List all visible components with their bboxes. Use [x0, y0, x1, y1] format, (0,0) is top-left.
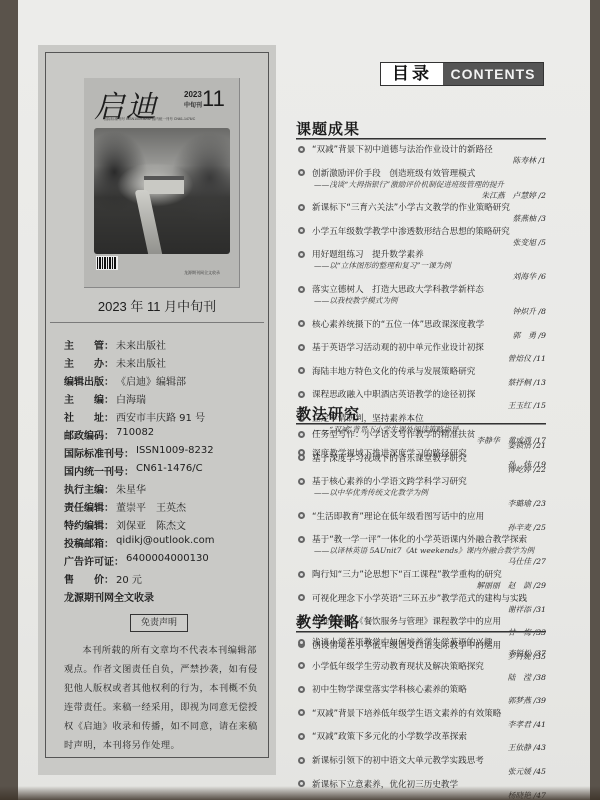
circle-bullet-icon: [298, 709, 305, 716]
masthead-info-row: 国内统一刊号：CN61-1476/C: [64, 463, 264, 481]
circle-bullet-icon: [298, 571, 305, 578]
circle-bullet-icon: [298, 146, 305, 153]
toc-entry[interactable]: 基于深度学习视域下的音乐课堂教学研究傅屹婷 /22: [298, 452, 546, 475]
toc-entry-subtitle: ——浅谈“大拇指银行”激励评价机制促进班级管理的提升: [314, 179, 546, 190]
info-key: 投稿邮箱：: [64, 535, 114, 553]
toc-entry[interactable]: “双减”政策下多元化的小学数学改革探索王依静 /43: [298, 730, 546, 753]
info-key: 主 办：: [64, 355, 114, 373]
toc-entry-author-page: 张元媛 /45: [298, 766, 546, 777]
toc-entry-title: 新课标下“三育六关法”小学古文教学的作业策略研究: [312, 201, 510, 213]
toc-entry[interactable]: 核心素养统摄下的“五位一体”思政课深度教学郭 勇 /9: [298, 318, 546, 341]
section-rule: [296, 631, 546, 633]
toc-entry-title: 海陆丰地方特色文化的传承与发展策略研究: [312, 365, 475, 377]
toc-entry-author-page: 陆 滢 /38: [298, 672, 546, 683]
toc-entry-author-page: 朱江燕 卢慧婷 /2: [298, 190, 546, 201]
toc-entry[interactable]: 小学五年级数学教学中渗透数形结合思想的策略研究张变旭 /5: [298, 225, 546, 248]
cover-painting-image: [94, 128, 230, 254]
info-key: 邮政编码：: [64, 427, 114, 445]
circle-bullet-icon: [298, 639, 305, 646]
toc-entry-title: 基于英语学习活动观的初中单元作业设计初探: [312, 341, 484, 353]
toc-entry-author-page: 陈寿林 /1: [298, 155, 546, 166]
toc-entry-title-row: 可视化理念下小学英语“三环五步”教学范式的建构与实践: [298, 592, 546, 604]
toc-entry[interactable]: 用好题组练习 提升数学素养——以“立体图形的整理和复习”一课为例刘海华 /6: [298, 248, 546, 282]
toc-entry-title: 新课标引领下的初中语文大单元教学实践思考: [312, 754, 484, 766]
disclaimer-text: 本刊所载的所有文章均不代表本刊编辑部观点。作者文图责任自负，严禁抄袭，如有侵犯他…: [64, 641, 260, 755]
toc-entry-title-row: 小学五年级数学教学中渗透数形结合思想的策略研究: [298, 225, 546, 237]
info-key: 国内统一刊号：: [64, 463, 134, 481]
circle-bullet-icon: [298, 454, 305, 461]
info-key: 执行主编：: [64, 481, 114, 499]
toc-entry-author-page: 解丽丽 赵 訓 /29: [298, 580, 546, 591]
toc-entry-title: 课程思政融入中职酒店英语教学的途径初探: [312, 388, 475, 400]
info-value: 刘保亚 陈杰文: [116, 517, 186, 535]
toc-entry-title-row: “双减”背景下初中道德与法治作业设计的新路径: [298, 143, 546, 155]
toc-entry-author-page: 张变旭 /5: [298, 237, 546, 248]
toc-entry-title-row: 浅谈小学英语教学中如何培养学生学英语的兴趣: [298, 636, 546, 648]
section-rule: [296, 138, 546, 140]
toc-entry-title: 初中生物学课堂落实学科核心素养的策略: [312, 683, 467, 695]
circle-bullet-icon: [298, 391, 305, 398]
circle-bullet-icon: [298, 478, 305, 485]
toc-entry-title-row: 任务型写作：小学语文写作教学的精准扶贫: [298, 428, 546, 440]
toc-entry-title-row: 海陆丰地方特色文化的传承与发展策略研究: [298, 365, 546, 377]
toc-entry-author-page: 姜锁怡 /21: [298, 440, 546, 451]
info-value: 未来出版社: [116, 355, 166, 373]
circle-bullet-icon: [298, 251, 305, 258]
cover-year: 2023: [184, 90, 202, 99]
divider: [50, 322, 264, 323]
masthead-info-row: 投稿邮箱：qidikj@outlook.com: [64, 535, 264, 553]
masthead-info-row: 国际标准刊号：ISSN1009-8232: [64, 445, 264, 463]
masthead-info-row: 执行主编：朱星华: [64, 481, 264, 499]
magazine-cover: 启迪 2023 中旬刊 11 国际标准刊号 ISSN1009-8232 国内统一…: [84, 78, 240, 288]
toc-entry-title: 任务型写作：小学语文写作教学的精准扶贫: [312, 428, 475, 440]
toc-entry-title: 小学低年级学生劳动教育现状及解决策略探究: [312, 660, 484, 672]
info-key: 售 价：: [64, 571, 114, 589]
toc-entry[interactable]: 创新激励评价手段 创造班级有效管理模式——浅谈“大拇指银行”激励评价机制促进班级…: [298, 167, 546, 201]
circle-bullet-icon: [298, 227, 305, 234]
toc-section-title: 课题成果: [296, 118, 360, 139]
path-shape: [135, 190, 164, 254]
circle-bullet-icon: [298, 344, 305, 351]
info-key: 主 管：: [64, 337, 114, 355]
info-value: 710082: [116, 427, 154, 445]
toc-entry-subtitle: ——以我校教学模式为例: [314, 295, 546, 306]
toc-entry[interactable]: 基于核心素养的小学语文跨学科学习研究——以中华优秀传统文化教学为例李璐瑜 /23: [298, 475, 546, 509]
toc-entry-title: 用好题组练习 提升数学素养: [312, 248, 424, 260]
info-key: 国际标准刊号：: [64, 445, 134, 463]
toc-entry[interactable]: 基于“教一学一评”一体化的小学英语课内外融合教学探索——以译林英语 5AUnit…: [298, 533, 546, 567]
circle-bullet-icon: [298, 286, 305, 293]
toc-entry-title-row: 基于核心素养的小学语文跨学科学习研究: [298, 475, 546, 487]
toc-entry-title-row: 落实立德树人 打造大思政大学科教学新样态: [298, 283, 546, 295]
toc-entry[interactable]: “双减”背景下初中道德与法治作业设计的新路径陈寿林 /1: [298, 143, 546, 166]
toc-section-title: 教学策略: [296, 611, 360, 632]
toc-entry[interactable]: “生活即教育”理论在低年级看图写话中的应用孙辛麦 /25: [298, 510, 546, 533]
barcode-icon: [96, 256, 118, 270]
masthead-info-row: 责任编辑：董崇平 王英杰: [64, 499, 264, 517]
toc-entry-title: 核心素养统摄下的“五位一体”思政课深度教学: [312, 318, 484, 330]
toc-entry-title: “双减”背景下培养低年级学生语文素养的有效策略: [312, 707, 501, 719]
circle-bullet-icon: [298, 367, 305, 374]
toc-header-en: CONTENTS: [443, 63, 543, 85]
toc-entry-title: “双减”背景下初中道德与法治作业设计的新路径: [312, 143, 493, 155]
toc-entry-author-page: 钟炽升 /8: [298, 306, 546, 317]
toc-entry[interactable]: 小学低年级学生劳动教育现状及解决策略探究陆 滢 /38: [298, 660, 546, 683]
masthead-info-row: 邮政编码：710082: [64, 427, 264, 445]
toc-entry-title-row: 基于英语学习活动观的初中单元作业设计初探: [298, 341, 546, 353]
toc-entry-title-row: 小学低年级学生劳动教育现状及解决策略探究: [298, 660, 546, 672]
masthead-info-list: 主 管：未来出版社主 办：未来出版社编辑出版：《启迪》编辑部主 编：白海瑞社 址…: [64, 337, 264, 607]
circle-bullet-icon: [298, 169, 305, 176]
toc-entry-title: “生活即教育”理论在低年级看图写话中的应用: [312, 510, 484, 522]
toc-entry-author-page: 郭梦燕 /39: [298, 695, 546, 706]
disclaimer-title-box: 免责声明: [130, 614, 188, 632]
toc-entry-author-page: 郭 勇 /9: [298, 330, 546, 341]
toc-entry-title-row: 课程思政融入中职酒店英语教学的途径初探: [298, 388, 546, 400]
info-value: 西安市丰庆路 91 号: [116, 409, 205, 427]
toc-entry[interactable]: 新课标下“三育六关法”小学古文教学的作业策略研究蔡燕柚 /3: [298, 201, 546, 224]
toc-entry-title: 落实立德树人 打造大思政大学科教学新样态: [312, 283, 484, 295]
info-key: 责任编辑：: [64, 499, 114, 517]
toc-entry-title-row: 用好题组练习 提升数学素养: [298, 248, 546, 260]
info-key: 社 址：: [64, 409, 114, 427]
house-shape: [144, 176, 184, 194]
toc-entry-author-page: 马仕佳 /27: [298, 556, 546, 567]
info-key: 广告许可证：: [64, 553, 124, 571]
masthead-info-row: 特约编辑：刘保亚 陈杰文: [64, 517, 264, 535]
info-key: 主 编：: [64, 391, 114, 409]
masthead-info-row: 编辑出版：《启迪》编辑部: [64, 373, 264, 391]
toc-entry-title-row: 基于“教一学一评”一体化的小学英语课内外融合教学探索: [298, 533, 546, 545]
info-value: CN61-1476/C: [136, 463, 203, 481]
circle-bullet-icon: [298, 204, 305, 211]
toc-entry-title-row: 核心素养统摄下的“五位一体”思政课深度教学: [298, 318, 546, 330]
circle-bullet-icon: [298, 594, 305, 601]
toc-entry-author-page: 李璐瑜 /23: [298, 498, 546, 509]
circle-bullet-icon: [298, 733, 305, 740]
toc-entry-title-row: 新课标下“三育六关法”小学古文教学的作业策略研究: [298, 201, 546, 213]
toc-entry-title: 基于“教一学一评”一体化的小学英语课内外融合教学探索: [312, 533, 527, 545]
page-edge-shadow: [0, 786, 600, 800]
masthead-info-row: 售 价：20 元: [64, 571, 264, 589]
info-value: qidikj@outlook.com: [116, 535, 215, 553]
toc-entry-title: 创新激励评价手段 创造班级有效管理模式: [312, 167, 475, 179]
circle-bullet-icon: [298, 757, 305, 764]
info-value: ISSN1009-8232: [136, 445, 214, 463]
toc-entry-title: 小学五年级数学教学中渗透数形结合思想的策略研究: [312, 225, 510, 237]
info-value: 20 元: [116, 571, 142, 589]
toc-entry-author-page: 蔡抒桐 /13: [298, 377, 546, 388]
circle-bullet-icon: [298, 512, 305, 519]
toc-entry-title: 可视化理念下小学英语“三环五步”教学范式的建构与实践: [312, 592, 527, 604]
toc-entry-author-page: 孙辛麦 /25: [298, 522, 546, 533]
toc-entry-author-page: 李孝君 /41: [298, 719, 546, 730]
cover-issue-number: 11: [202, 86, 225, 112]
toc-entry-title-row: 陶行知“三力”论思想下“百工课程”教学重构的研究: [298, 568, 546, 580]
toc-entry-title-row: “双减”政策下多元化的小学数学改革探索: [298, 730, 546, 742]
masthead-info-row: 广告许可证：6400004000130: [64, 553, 264, 571]
toc-entry-author-page: 曾焙仪 /11: [298, 353, 546, 364]
toc-entry-title-row: 创新激励评价手段 创造班级有效管理模式: [298, 167, 546, 179]
toc-entry-title-row: “双减”背景下培养低年级学生语文素养的有效策略: [298, 707, 546, 719]
circle-bullet-icon: [298, 536, 305, 543]
toc-entry-author-page: 李锐松 /37: [298, 648, 546, 659]
masthead-info-row: 社 址：西安市丰庆路 91 号: [64, 409, 264, 427]
circle-bullet-icon: [298, 320, 305, 327]
toc-entry[interactable]: 浅谈小学英语教学中如何培养学生学英语的兴趣李锐松 /37: [298, 636, 546, 659]
toc-entry[interactable]: 海陆丰地方特色文化的传承与发展策略研究蔡抒桐 /13: [298, 365, 546, 388]
circle-bullet-icon: [298, 431, 305, 438]
info-value: 《启迪》编辑部: [116, 373, 186, 391]
toc-entry[interactable]: 任务型写作：小学语文写作教学的精准扶贫姜锁怡 /21: [298, 428, 546, 451]
info-key: 龙源期刊网全文收录: [64, 589, 154, 607]
toc-entry-title: “双减”政策下多元化的小学数学改革探索: [312, 730, 467, 742]
toc-entry[interactable]: 陶行知“三力”论思想下“百工课程”教学重构的研究解丽丽 赵 訓 /29: [298, 568, 546, 591]
toc-entry-title-row: “生活即教育”理论在低年级看图写话中的应用: [298, 510, 546, 522]
masthead-info-row: 龙源期刊网全文收录: [64, 589, 264, 607]
circle-bullet-icon: [298, 662, 305, 669]
toc-entry[interactable]: 新课标引领下的初中语文大单元教学实践思考张元媛 /45: [298, 754, 546, 777]
toc-entry-title: 陶行知“三力”论思想下“百工课程”教学重构的研究: [312, 568, 502, 580]
toc-entry-title-row: 初中生物学课堂落实学科核心素养的策略: [298, 683, 546, 695]
info-value: 6400004000130: [126, 553, 209, 571]
toc-entry-title: 浅谈小学英语教学中如何培养学生学英语的兴趣: [312, 636, 492, 648]
toc-header: 目录 CONTENTS: [380, 62, 544, 86]
issue-label: 2023 年 11 月中旬刊: [45, 296, 269, 315]
toc-section-title: 教法研究: [296, 403, 360, 424]
info-key: 特约编辑：: [64, 517, 114, 535]
toc-entry-author-page: 王依静 /43: [298, 742, 546, 753]
toc-entry-subtitle: ——以“立体图形的整理和复习”一课为例: [314, 260, 546, 271]
toc-header-cn: 目录: [381, 63, 443, 85]
circle-bullet-icon: [298, 686, 305, 693]
toc-entry-author-page: 刘海华 /6: [298, 271, 546, 282]
info-value: 未来出版社: [116, 337, 166, 355]
toc-entry-title-row: 新课标引领下的初中语文大单元教学实践思考: [298, 754, 546, 766]
toc-entry-author-page: 蔡燕柚 /3: [298, 213, 546, 224]
toc-entry-title: 基于深度学习视域下的音乐课堂教学研究: [312, 452, 467, 464]
cover-codes: 国际标准刊号 ISSN1009-8232 国内统一刊号 CN61-1476/C: [104, 117, 234, 122]
cover-publisher-note: 龙源期刊网全文收录: [184, 270, 220, 276]
info-key: 编辑出版：: [64, 373, 114, 391]
info-value: 董崇平 王英杰: [116, 499, 186, 517]
masthead-info-row: 主 办：未来出版社: [64, 355, 264, 373]
toc-entry[interactable]: 初中生物学课堂落实学科核心素养的策略郭梦燕 /39: [298, 683, 546, 706]
toc-entry-author-page: 傅屹婷 /22: [298, 464, 546, 475]
toc-entry[interactable]: 基于英语学习活动观的初中单元作业设计初探曾焙仪 /11: [298, 341, 546, 364]
info-value: 朱星华: [116, 481, 146, 499]
section-rule: [296, 423, 546, 425]
cover-edition: 中旬刊: [184, 100, 202, 109]
masthead-info-row: 主 管：未来出版社: [64, 337, 264, 355]
toc-entry-subtitle: ——以译林英语 5AUnit7《At weekends》课内外融合教学为例: [314, 545, 546, 556]
toc-entry[interactable]: “双减”背景下培养低年级学生语文素养的有效策略李孝君 /41: [298, 707, 546, 730]
toc-entry[interactable]: 落实立德树人 打造大思政大学科教学新样态——以我校教学模式为例钟炽升 /8: [298, 283, 546, 317]
toc-entry-title-row: 基于深度学习视域下的音乐课堂教学研究: [298, 452, 546, 464]
toc-entry-title: 基于核心素养的小学语文跨学科学习研究: [312, 475, 467, 487]
info-value: 白海瑞: [116, 391, 146, 409]
toc-entry-subtitle: ——以中华优秀传统文化教学为例: [314, 487, 546, 498]
masthead-info-row: 主 编：白海瑞: [64, 391, 264, 409]
